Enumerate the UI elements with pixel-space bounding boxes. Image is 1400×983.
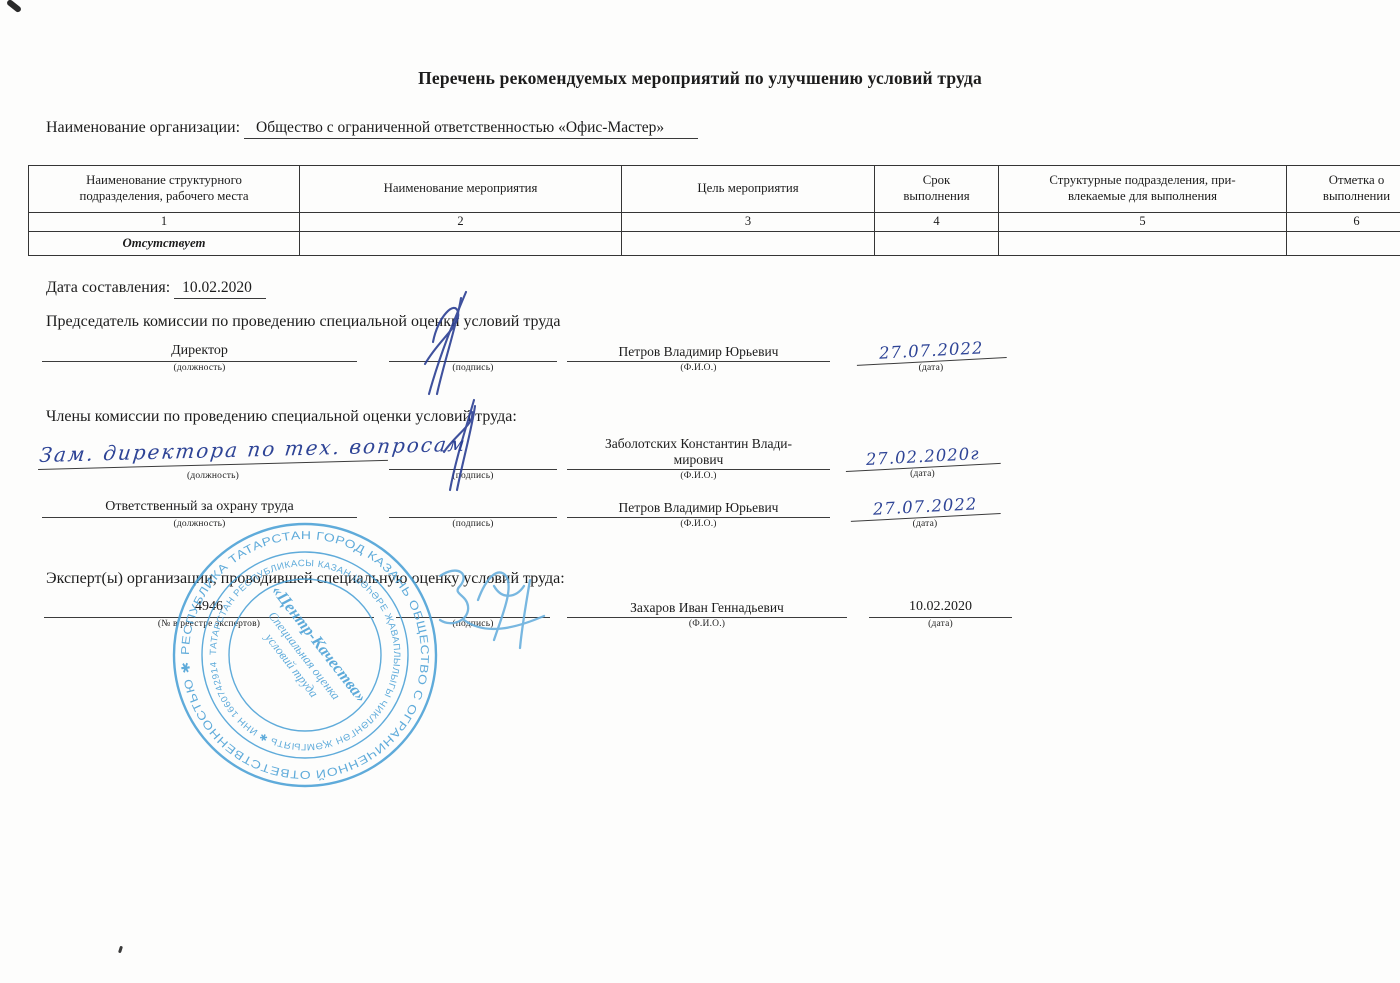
table-number-row: 1 2 3 4 5 6 <box>29 213 1400 232</box>
caption-name: (Ф.И.О.) <box>567 618 847 629</box>
cell-measure <box>300 232 622 256</box>
header-department: Наименование структурного подразделения,… <box>29 166 300 213</box>
scanned-document-page: Перечень рекомендуемых мероприятий по ул… <box>0 0 1400 983</box>
page-title: Перечень рекомендуемых мероприятий по ул… <box>0 68 1400 89</box>
expert-name-field: Захаров Иван Геннадьевич (Ф.И.О.) <box>567 594 847 629</box>
member1-name-value: Заболотских Константин Влади- мирович <box>567 430 830 470</box>
chairman-date-value: 27.07.2022 <box>855 326 1006 366</box>
compilation-date-line: Дата составления: 10.02.2020 <box>46 279 266 299</box>
col-number: 4 <box>875 213 999 232</box>
chairman-name-field: Петров Владимир Юрьевич (Ф.И.О.) <box>567 336 830 373</box>
scan-artifact-bottom-left <box>118 946 123 954</box>
chairman-position-field: Директор (должность) <box>42 336 357 373</box>
expert-date-value: 10.02.2020 <box>869 594 1012 618</box>
member1-position-field: Зам. директора по тех. вопросам (должнос… <box>38 432 388 481</box>
compilation-date-label: Дата составления: <box>46 279 170 296</box>
chairman-name-value: Петров Владимир Юрьевич <box>567 336 830 362</box>
member2-name-field: Петров Владимир Юрьевич (Ф.И.О.) <box>567 494 830 529</box>
caption-name: (Ф.И.О.) <box>567 362 830 373</box>
scan-artifact-top-left <box>6 0 22 13</box>
member1-position-value: Зам. директора по тех. вопросам <box>38 423 392 470</box>
member2-signature-line <box>389 494 557 518</box>
expert-name-value: Захаров Иван Геннадьевич <box>567 594 847 618</box>
member1-date-value: 27.02.2020г <box>844 432 1000 472</box>
col-number: 6 <box>1287 213 1400 232</box>
member2-date-value: 27.07.2022 <box>849 484 1000 522</box>
organization-label: Наименование организации: <box>46 119 240 136</box>
col-number: 5 <box>999 213 1287 232</box>
table-header-row: Наименование структурного подразделения,… <box>29 166 1400 213</box>
header-completion-mark: Отметка о выполнении <box>1287 166 1400 213</box>
organization-value: Общество с ограниченной ответственностью… <box>244 119 698 139</box>
organization-line: Наименование организации: Общество с огр… <box>46 119 698 139</box>
member1-name-field: Заболотских Константин Влади- мирович (Ф… <box>567 430 830 481</box>
header-measure: Наименование мероприятия <box>300 166 622 213</box>
chairman-signature-stroke <box>400 290 500 398</box>
header-involved-units: Структурные подразделения, при- влекаемы… <box>999 166 1287 213</box>
table-data-row: Отсутствует <box>29 232 1400 256</box>
cell-completion-mark <box>1287 232 1400 256</box>
caption-name: (Ф.И.О.) <box>567 518 830 529</box>
member2-position-value: Ответственный за охрану труда <box>42 494 357 518</box>
col-number: 2 <box>300 213 622 232</box>
cell-goal <box>622 232 875 256</box>
expert-date-field: 10.02.2020 (дата) <box>869 594 1012 629</box>
chairman-position-value: Директор <box>42 336 357 362</box>
member1-signature-stroke <box>430 398 502 494</box>
caption-position: (должность) <box>38 470 388 481</box>
member2-date-field: 27.07.2022 (дата) <box>850 488 1000 529</box>
member1-date-field: 27.02.2020г (дата) <box>845 436 1000 479</box>
compilation-date-value: 10.02.2020 <box>174 279 266 299</box>
header-deadline: Срок выполнения <box>875 166 999 213</box>
col-number: 1 <box>29 213 300 232</box>
organization-round-stamp: РЕСПУБЛИКА ТАТАРСТАН ГОРОД КАЗАНЬ ОБЩЕСТ… <box>168 518 442 792</box>
caption-position: (должность) <box>42 362 357 373</box>
col-number: 3 <box>622 213 875 232</box>
member2-name-value: Петров Владимир Юрьевич <box>567 494 830 518</box>
caption-date: (дата) <box>869 618 1012 629</box>
chairman-date-field: 27.07.2022 (дата) <box>856 330 1006 373</box>
cell-department: Отсутствует <box>29 232 300 256</box>
caption-name: (Ф.И.О.) <box>567 470 830 481</box>
cell-deadline <box>875 232 999 256</box>
header-goal: Цель мероприятия <box>622 166 875 213</box>
measures-table: Наименование структурного подразделения,… <box>28 165 1400 256</box>
cell-involved-units <box>999 232 1287 256</box>
